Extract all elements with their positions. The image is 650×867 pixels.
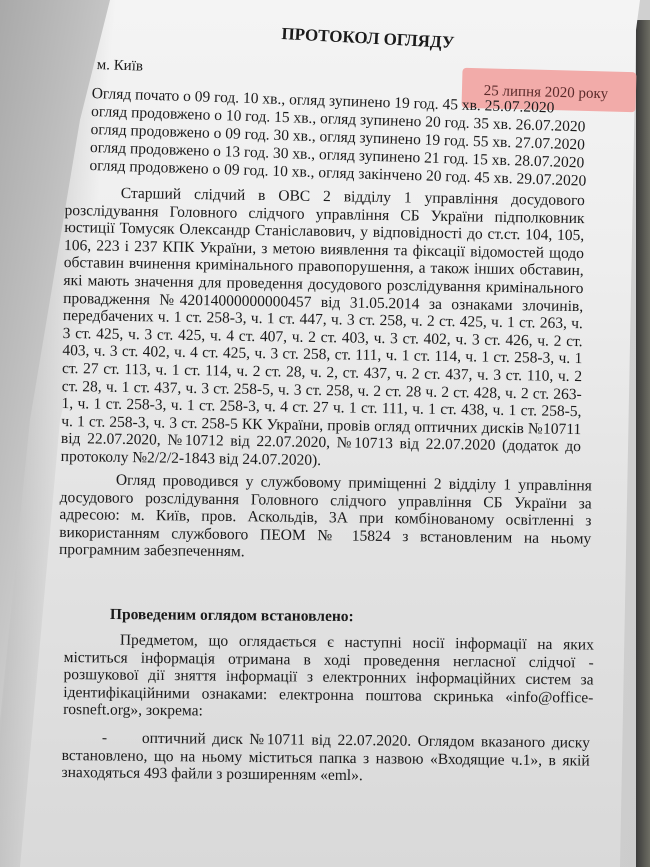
disc-bullet-item: -оптичний диск №10711 від 22.07.2020. Ог… bbox=[61, 729, 590, 787]
investigator-paragraph: Старший слідчий в ОВС 2 відділу 1 управл… bbox=[61, 184, 585, 474]
inspection-schedule: Огляд почато о 09 год. 10 хв., огляд зуп… bbox=[89, 85, 589, 191]
location-paragraph: Огляд проводився у службовому приміщенні… bbox=[59, 471, 592, 565]
subject-paragraph: Предметом, що оглядається є наступні нос… bbox=[63, 631, 594, 725]
city-label: м. Київ bbox=[96, 57, 143, 76]
findings-heading: Проведеним оглядом встановлено: bbox=[110, 606, 354, 626]
bullet-marker: - bbox=[62, 729, 142, 747]
subject-paragraph-text: Предметом, що оглядається є наступні нос… bbox=[63, 632, 594, 720]
binder-edge bbox=[636, 20, 650, 867]
location-paragraph-text: Огляд проводився у службовому приміщенні… bbox=[59, 472, 592, 561]
investigator-paragraph-text: Старший слідчий в ОВС 2 відділу 1 управл… bbox=[61, 185, 585, 469]
